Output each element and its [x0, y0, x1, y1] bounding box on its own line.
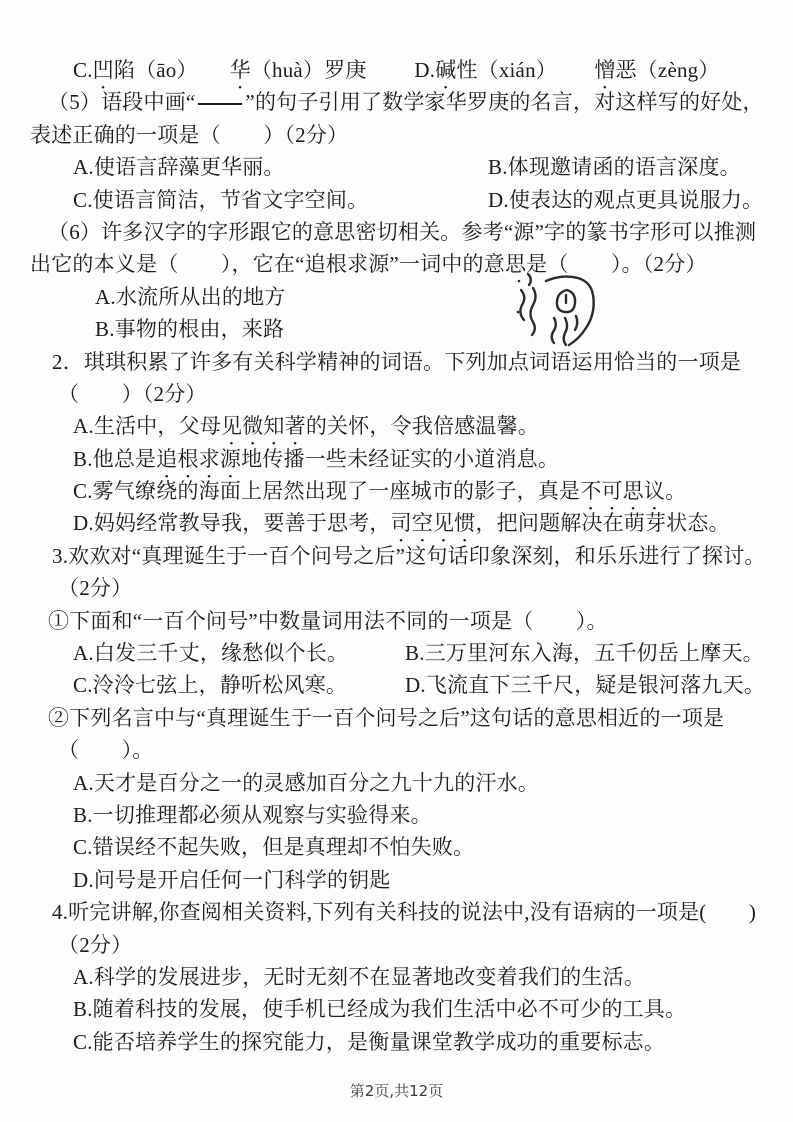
text-segment: 性（xián）: [456, 58, 594, 82]
emphasized-text: 司空见惯: [391, 511, 476, 535]
q1-6-option-b: B.事物的根由，来路: [95, 313, 783, 345]
q3-sub2-stem-line1: ②下列名言中与“真理诞生于一百个问号之后”这句话的意思相近的一项是: [48, 702, 783, 734]
q2-stem-line1: 2．琪琪积累了许多有关科学精神的词语。下列加点词语运用恰当的一项是: [52, 346, 783, 378]
text-segment: A.生活中，父母: [73, 414, 221, 438]
q2-option-b: B.他总是追根求源地传播一些未经证实的小道消息。: [73, 443, 783, 475]
q4-option-b: B.随着科技的发展，使手机已经成为我们生活中必不可少的工具。: [73, 993, 783, 1025]
text-segment: ”的句子引用了数学家华罗庚的名言，对这样写的好处，: [245, 90, 763, 114]
text-segment: B.他总是: [73, 447, 156, 471]
q1-5-option-a: A.使语言辞藻更华丽。: [73, 151, 488, 183]
emphasized-text: 华: [230, 58, 251, 82]
q3-sub1-stem: ①下面和“一百个问号”中数量词用法不同的一项是（ ）。: [48, 605, 783, 637]
q3-sub2-stem-line2: （ ）。: [58, 734, 783, 766]
emphasized-text: 见微知著: [221, 414, 306, 438]
q1-6-stem-line2: 出它的本义是（ ），它在“追根求源”一词中的意思是（ ）。（2分）: [30, 248, 783, 280]
q4-stem-line1: 4.听完讲解,你查阅相关资料,下列有关科技的说法中,没有语病的一项是( ): [52, 896, 783, 928]
q4-option-a: A.科学的发展进步，无时无刻不在显著地改变着我们的生活。: [73, 961, 783, 993]
q3-sub1-options-row-cd: C.泠泠七弦上，静听松风寒。 D.飞流直下三千尺，疑是银河落九天。: [73, 669, 783, 701]
q3-sub1-option-d: D.飞流直下三千尺，疑是银河落九天。: [405, 669, 765, 701]
q2-option-a: A.生活中，父母见微知著的关怀，令我倍感温馨。: [73, 410, 783, 442]
q3-sub1-option-a: A.白发三千丈，缘愁似个长。: [73, 637, 405, 669]
q1-5-option-d: D.使表达的观点更具说服力。: [488, 184, 763, 216]
q4-option-c: C.能否培养学生的探究能力，是衡量课堂教学成功的重要标志。: [73, 1026, 783, 1058]
q1-5-option-c: C.使语言简洁，节省文字空间。: [73, 184, 488, 216]
q1-6-stem-line1: （6）许多汉字的字形跟它的意思密切相关。参考“源”字的篆书字形可以推测: [48, 216, 783, 248]
q4-stem-line2: （2分）: [58, 929, 783, 961]
q2-option-d: D.妈妈经常教导我，要善于思考，司空见惯，把问题解决在萌芽状态。: [73, 507, 783, 539]
emphasized-text: 憎: [594, 58, 615, 82]
q3-stem-line1: 3.欢欢对“真理诞生于一百个问号之后”这句话印象深刻，和乐乐进行了探讨。: [52, 540, 783, 572]
text-segment: （5）语段中画“: [48, 90, 195, 114]
q3-sub1-options-row-ab: A.白发三千丈，缘愁似个长。 B.三万里河东入海，五千仞岳上摩天。: [73, 637, 783, 669]
emphasized-text: 追根求源: [156, 447, 241, 471]
page-number-footer: 第2页,共12页: [0, 1080, 793, 1101]
q3-stem-line2: （2分）: [58, 572, 783, 604]
text-segment: D.: [414, 58, 435, 82]
q3-sub1-option-b: B.三万里河东入海，五千仞岳上摩天。: [405, 637, 764, 669]
text-segment: 。: [665, 479, 686, 503]
q3-sub2-option-b: B.一切推理都必须从观察与实验得来。: [73, 799, 783, 831]
q3-sub1-option-c: C.泠泠七弦上，静听松风寒。: [73, 669, 405, 701]
exam-content: C.凹陷（āo） 华（huà）罗庚 D.碱性（xián） 憎恶（zèng） （5…: [0, 54, 783, 1058]
q1-5-options-row-cd: C.使语言简洁，节省文字空间。 D.使表达的观点更具说服力。: [73, 184, 783, 216]
q2-option-c: C.雾气缭绕的海面上居然出现了一座城市的影子，真是不可思议。: [73, 475, 783, 507]
exam-paper-page: C.凹陷（āo） 华（huà）罗庚 D.碱性（xián） 憎恶（zèng） （5…: [0, 0, 793, 1122]
q1-5-options-row-ab: A.使语言辞藻更华丽。 B.体现邀请函的语言深度。: [73, 151, 783, 183]
q3-sub2-option-c: C.错误经不起失败，但是真理却不怕失败。: [73, 831, 783, 863]
q1-5-stem-line1: （5）语段中画“”的句子引用了数学家华罗庚的名言，对这样写的好处，: [48, 86, 783, 118]
q1-5-option-b: B.体现邀请函的语言深度。: [488, 151, 741, 183]
emphasized-text: 不可思议: [580, 479, 665, 503]
q1-4-options-cd-row: C.凹陷（āo） 华（huà）罗庚 D.碱性（xián） 憎恶（zèng）: [73, 54, 783, 86]
text-segment: 的关怀，令我倍感温馨。: [306, 414, 539, 438]
q1-6-option-a: A.水流所从出的地方: [95, 281, 783, 313]
q2-stem-line2: （ ）（2分）: [58, 378, 783, 410]
q3-sub2-option-d: D.问号是开启任何一门科学的钥匙: [73, 864, 783, 896]
emphasized-text: 凹: [93, 58, 114, 82]
blank-underline: [198, 99, 242, 105]
text-segment: C.雾气缭绕的海面上居然出现了一座城市的影子，真是: [73, 479, 580, 503]
emphasized-text: 碱: [435, 58, 456, 82]
text-segment: C.: [73, 58, 93, 82]
seal-script-yuan-image: [512, 268, 604, 354]
text-segment: 地传播一些未经证实的小道消息。: [241, 447, 559, 471]
q3-sub2-option-a: A.天才是百分之一的灵感加百分之九十九的汗水。: [73, 767, 783, 799]
text-segment: 陷（āo）: [114, 58, 230, 82]
q1-5-stem-line2: 表述正确的一项是（ ）（2分）: [30, 119, 783, 151]
seal-script-yuan-icon: [512, 268, 604, 354]
text-segment: D.妈妈经常教导我，要善于思考，: [73, 511, 391, 535]
text-segment: （huà）罗庚: [251, 58, 415, 82]
text-segment: ，把问题解决在萌芽状态。: [475, 511, 729, 535]
text-segment: 恶（zèng）: [616, 58, 720, 82]
